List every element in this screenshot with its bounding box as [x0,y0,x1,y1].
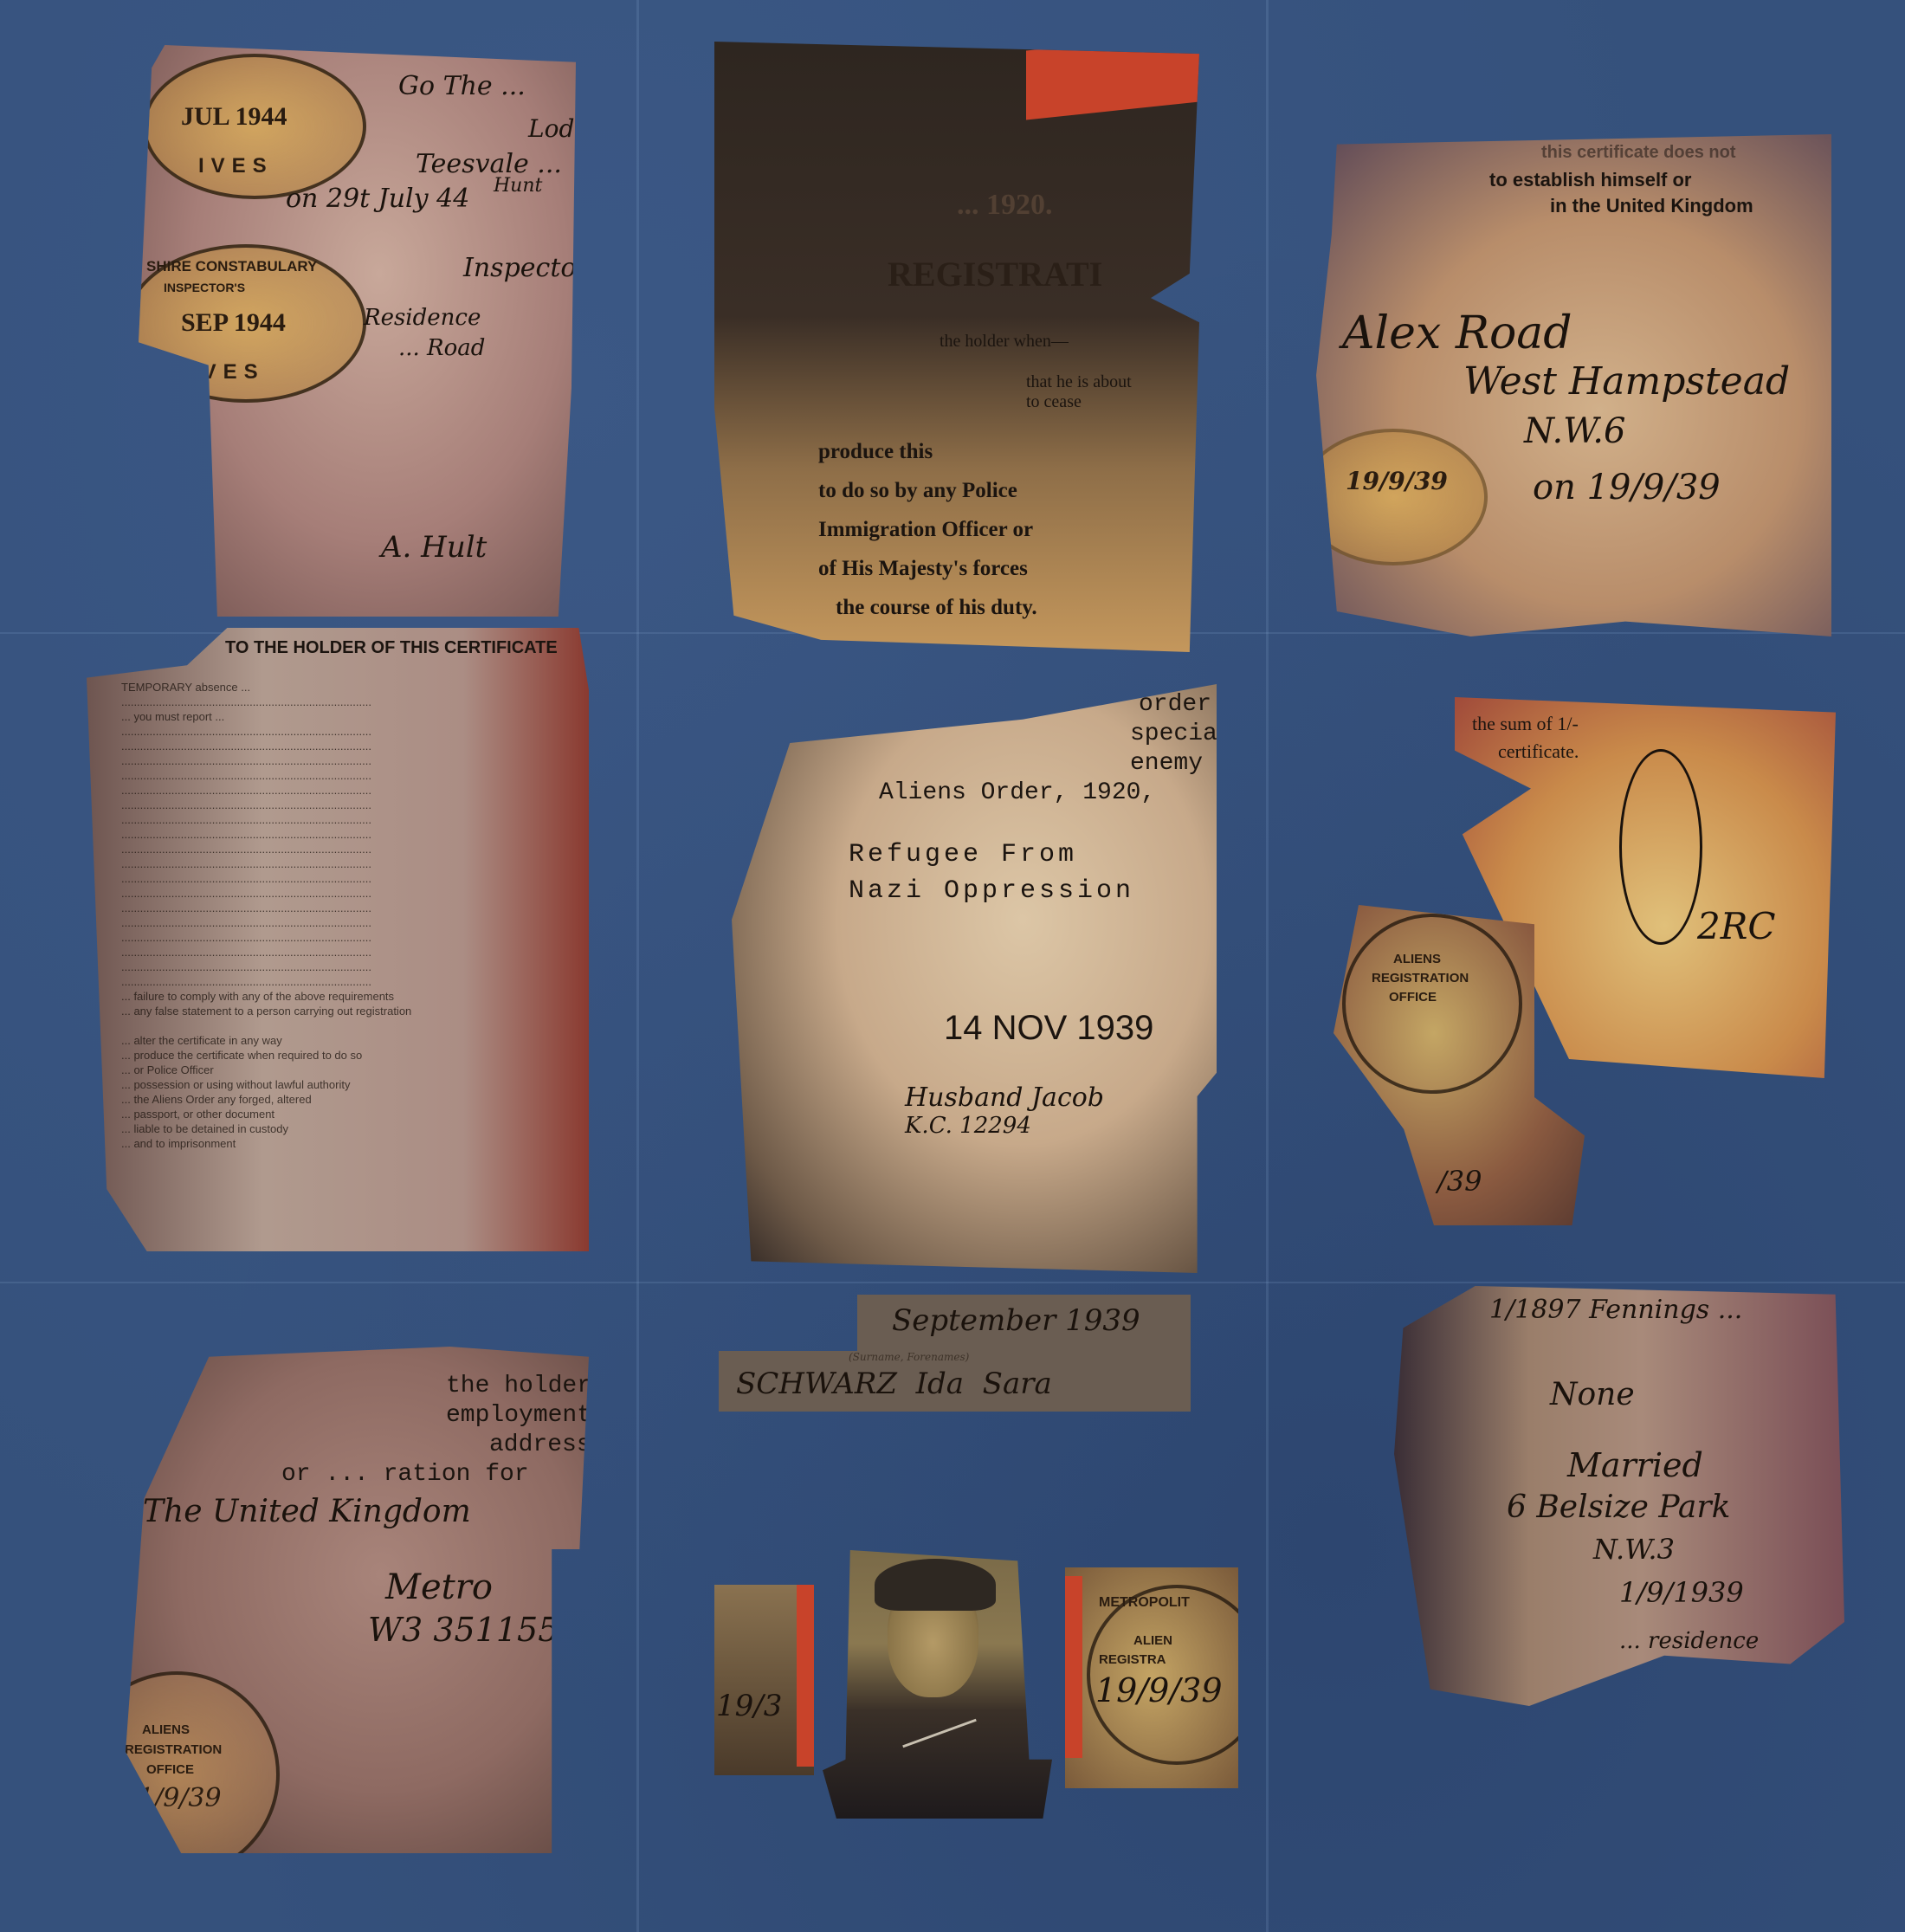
handwriting-signature: A. Hult [381,530,487,565]
stamp-jul-1944: JUL 1944 IVES [143,54,366,199]
collage-canvas: JUL 1944 IVES SHIRE CONSTABULARY INSPECT… [0,0,1905,1932]
stamp-aliens-registration: 19/9/39 [1316,429,1488,565]
instructions-heading: TO THE HOLDER OF THIS CERTIFICATE [225,638,558,658]
fragment-top-center-document: ... 1920. REGISTRATI the holder when— th… [714,42,1199,652]
fragment-top-left-document: JUL 1944 IVES SHIRE CONSTABULARY INSPECT… [139,45,576,617]
handwriting: Inspector [463,253,576,283]
fragment-registration-stamp-piece: METROPOLIT ALIEN REGISTRA 19/9/39 [1065,1567,1238,1788]
panel-seam [1266,0,1269,1932]
handwriting: Lodg [528,114,576,143]
handwriting: Residence [364,305,481,331]
instructions-body: TEMPORARY absence ... ..................… [121,680,571,1151]
handwriting: ... Road [398,335,485,361]
handwriting: Hunt [494,175,542,197]
fragment-name-strip: (Surname, Forenames) SCHWARZ Ida Sara [719,1351,1191,1412]
handwriting: on 29t July 44 [286,184,469,214]
stamp-metropolitan-police: ALIENS REGISTRATION OFFICE [1342,914,1522,1094]
handwriting: Go The ... [398,71,526,101]
stamp-constabulary-sep-1944: SHIRE CONSTABULARY INSPECTOR'S SEP 1944 … [139,244,366,403]
date-stamp: 14 NOV 1939 [944,1009,1153,1048]
name-schwarz-ida-sara: SCHWARZ Ida Sara [736,1367,1052,1401]
panel-seam [636,0,639,1932]
woman-portrait-photo [823,1550,1052,1819]
fragment-top-right-document: this certificate does not to establish h… [1316,134,1831,636]
portrait-collar [902,1719,977,1748]
fragment-name-strip-top: September 1939 [857,1295,1191,1351]
fragment-center-refugee-document: order special enemy Aliens Order, 1920, … [732,684,1217,1273]
panel-seam [0,1282,1905,1283]
portrait-hair [875,1559,996,1611]
fragment-bottom-right-document: 1/1897 Fennings ... None Married 6 Belsi… [1394,1286,1844,1706]
fragment-left-date-piece: 19/3 [714,1585,814,1775]
refugee-label: Refugee From [849,840,1077,869]
fragment-bottom-left-document: the holder employment address, or ... ra… [126,1347,589,1853]
nazi-oppression-label: Nazi Oppression [849,876,1134,906]
fragment-middle-left-instructions: TO THE HOLDER OF THIS CERTIFICATE TEMPOR… [87,628,589,1251]
red-paint-strip [1026,42,1199,120]
stamp-aliens-registration-office: ALIENS REGISTRATION OFFICE 1/9/39 [126,1671,280,1853]
signature-loop [1619,749,1702,945]
